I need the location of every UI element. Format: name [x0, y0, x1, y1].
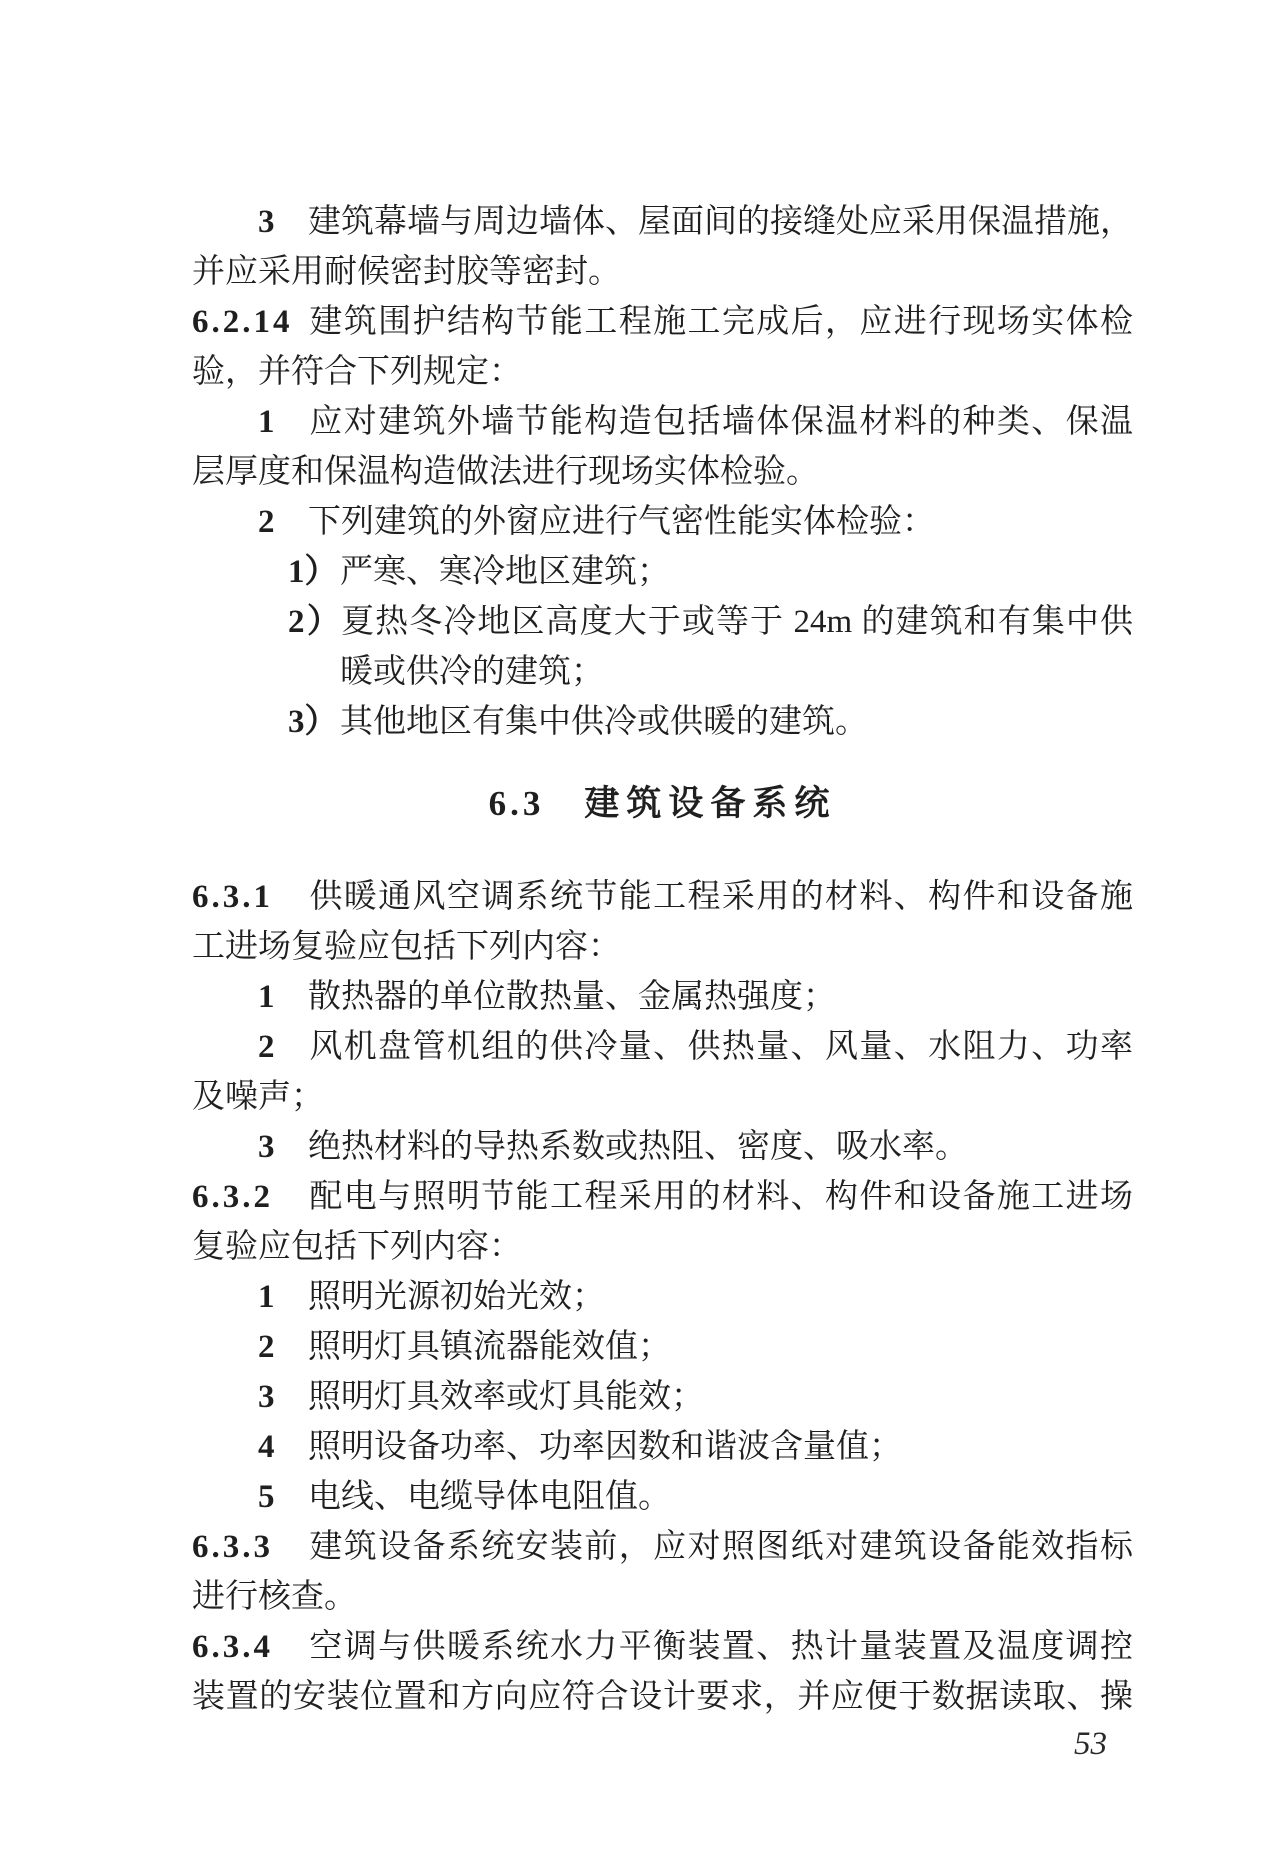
- line-number: 6.3.3: [192, 1522, 308, 1572]
- line-text: 及噪声；: [192, 1079, 324, 1115]
- line-text: 照明灯具效率或灯具能效；: [308, 1379, 704, 1415]
- line-number: 2: [258, 1322, 308, 1372]
- line-text: 并应采用耐候密封胶等密封。: [192, 254, 621, 290]
- item-line: 5电线、电缆导体电阻值。: [192, 1472, 1133, 1522]
- line-text: 建筑围护结构节能工程施工完成后，应进行现场实体检: [308, 304, 1133, 340]
- line-text: 下列建筑的外窗应进行气密性能实体检验：: [308, 504, 935, 540]
- line-number: 4: [258, 1422, 308, 1472]
- continuation-line: 并应采用耐候密封胶等密封。: [192, 247, 1133, 297]
- line-number: 3: [258, 197, 308, 247]
- line-text: 配电与照明节能工程采用的材料、构件和设备施工进场: [308, 1179, 1133, 1215]
- continuation-line: 复验应包括下列内容：: [192, 1222, 1133, 1272]
- continuation-line: 进行核查。: [192, 1572, 1133, 1622]
- line-text: 装置的安装位置和方向应符合设计要求，并应便于数据读取、操: [192, 1679, 1133, 1715]
- line-text: 空调与供暖系统水力平衡装置、热计量装置及温度调控: [308, 1629, 1133, 1665]
- line-number: 1: [258, 972, 308, 1022]
- section-heading-number: 6.3: [489, 784, 545, 823]
- continuation-line: 工进场复验应包括下列内容：: [192, 922, 1133, 972]
- line-text: 层厚度和保温构造做法进行现场实体检验。: [192, 454, 819, 490]
- line-text: 照明灯具镇流器能效值；: [308, 1329, 671, 1365]
- line-number: 3）: [288, 697, 340, 747]
- section-heading: 6.3建筑设备系统: [192, 779, 1133, 829]
- line-number: 3: [258, 1372, 308, 1422]
- subitem-line: 1）严寒、寒冷地区建筑；: [192, 547, 1133, 597]
- subitem-line: 3）其他地区有集中供冷或供暖的建筑。: [192, 697, 1133, 747]
- subitem-continuation-line: 暖或供冷的建筑；: [192, 647, 1133, 697]
- item-line: 2照明灯具镇流器能效值；: [192, 1322, 1133, 1372]
- line-text: 验，并符合下列规定：: [192, 354, 522, 390]
- item-line: 1应对建筑外墙节能构造包括墙体保温材料的种类、保温: [192, 397, 1133, 447]
- line-number: 1）: [288, 547, 340, 597]
- clause-line: 6.3.4空调与供暖系统水力平衡装置、热计量装置及温度调控: [192, 1622, 1133, 1672]
- line-text: 工进场复验应包括下列内容：: [192, 929, 621, 965]
- line-number: 3: [258, 1122, 308, 1172]
- line-number: 6.3.2: [192, 1172, 308, 1222]
- line-text: 严寒、寒冷地区建筑；: [340, 554, 670, 590]
- continuation-line: 验，并符合下列规定：: [192, 347, 1133, 397]
- clause-line: 6.2.14建筑围护结构节能工程施工完成后，应进行现场实体检: [192, 297, 1133, 347]
- item-line: 2风机盘管机组的供冷量、供热量、风量、水阻力、功率: [192, 1022, 1133, 1072]
- line-number: 6.2.14: [192, 297, 308, 347]
- line-number: 2: [258, 497, 308, 547]
- clause-block-6-2: 3建筑幕墙与周边墙体、屋面间的接缝处应采用保温措施，并应采用耐候密封胶等密封。6…: [192, 197, 1133, 747]
- clause-line: 6.3.3建筑设备系统安装前，应对照图纸对建筑设备能效指标: [192, 1522, 1133, 1572]
- subitem-line: 2）夏热冬冷地区高度大于或等于 24m 的建筑和有集中供: [192, 597, 1133, 647]
- line-text: 建筑幕墙与周边墙体、屋面间的接缝处应采用保温措施，: [308, 204, 1133, 240]
- clause-line: 6.3.2配电与照明节能工程采用的材料、构件和设备施工进场: [192, 1172, 1133, 1222]
- line-number: 6.3.1: [192, 872, 308, 922]
- clause-block-6-3: 6.3.1供暖通风空调系统节能工程采用的材料、构件和设备施工进场复验应包括下列内…: [192, 872, 1133, 1722]
- item-line: 3绝热材料的导热系数或热阻、密度、吸水率。: [192, 1122, 1133, 1172]
- line-text: 其他地区有集中供冷或供暖的建筑。: [340, 704, 868, 740]
- line-text: 进行核查。: [192, 1579, 357, 1615]
- line-text: 照明光源初始光效；: [308, 1279, 605, 1315]
- item-line: 3建筑幕墙与周边墙体、屋面间的接缝处应采用保温措施，: [192, 197, 1133, 247]
- line-text: 应对建筑外墙节能构造包括墙体保温材料的种类、保温: [308, 404, 1133, 440]
- line-text: 建筑设备系统安装前，应对照图纸对建筑设备能效指标: [308, 1529, 1133, 1565]
- section-heading-title: 建筑设备系统: [584, 784, 836, 823]
- line-text: 散热器的单位散热量、金属热强度；: [308, 979, 836, 1015]
- line-text: 电线、电缆导体电阻值。: [308, 1479, 671, 1515]
- line-text: 风机盘管机组的供冷量、供热量、风量、水阻力、功率: [308, 1029, 1133, 1065]
- line-number: 6.3.4: [192, 1622, 308, 1672]
- line-text: 绝热材料的导热系数或热阻、密度、吸水率。: [308, 1129, 968, 1165]
- document-page: 3建筑幕墙与周边墙体、屋面间的接缝处应采用保温措施，并应采用耐候密封胶等密封。6…: [0, 0, 1280, 1853]
- item-line: 1照明光源初始光效；: [192, 1272, 1133, 1322]
- continuation-line: 及噪声；: [192, 1072, 1133, 1122]
- line-number: 2）: [288, 597, 340, 647]
- line-text: 复验应包括下列内容：: [192, 1229, 522, 1265]
- document-body: 3建筑幕墙与周边墙体、屋面间的接缝处应采用保温措施，并应采用耐候密封胶等密封。6…: [192, 197, 1133, 1722]
- clause-line: 6.3.1供暖通风空调系统节能工程采用的材料、构件和设备施: [192, 872, 1133, 922]
- line-number: 5: [258, 1472, 308, 1522]
- line-text: 供暖通风空调系统节能工程采用的材料、构件和设备施: [308, 879, 1133, 915]
- line-number: 1: [258, 397, 308, 447]
- continuation-line: 装置的安装位置和方向应符合设计要求，并应便于数据读取、操: [192, 1672, 1133, 1722]
- item-line: 2下列建筑的外窗应进行气密性能实体检验：: [192, 497, 1133, 547]
- page-number: 53: [1074, 1726, 1107, 1763]
- item-line: 1散热器的单位散热量、金属热强度；: [192, 972, 1133, 1022]
- item-line: 4照明设备功率、功率因数和谐波含量值；: [192, 1422, 1133, 1472]
- line-number: 2: [258, 1022, 308, 1072]
- line-text: 夏热冬冷地区高度大于或等于 24m 的建筑和有集中供: [340, 604, 1133, 640]
- line-text: 暖或供冷的建筑；: [340, 654, 604, 690]
- line-text: 照明设备功率、功率因数和谐波含量值；: [308, 1429, 902, 1465]
- line-number: 1: [258, 1272, 308, 1322]
- continuation-line: 层厚度和保温构造做法进行现场实体检验。: [192, 447, 1133, 497]
- item-line: 3照明灯具效率或灯具能效；: [192, 1372, 1133, 1422]
